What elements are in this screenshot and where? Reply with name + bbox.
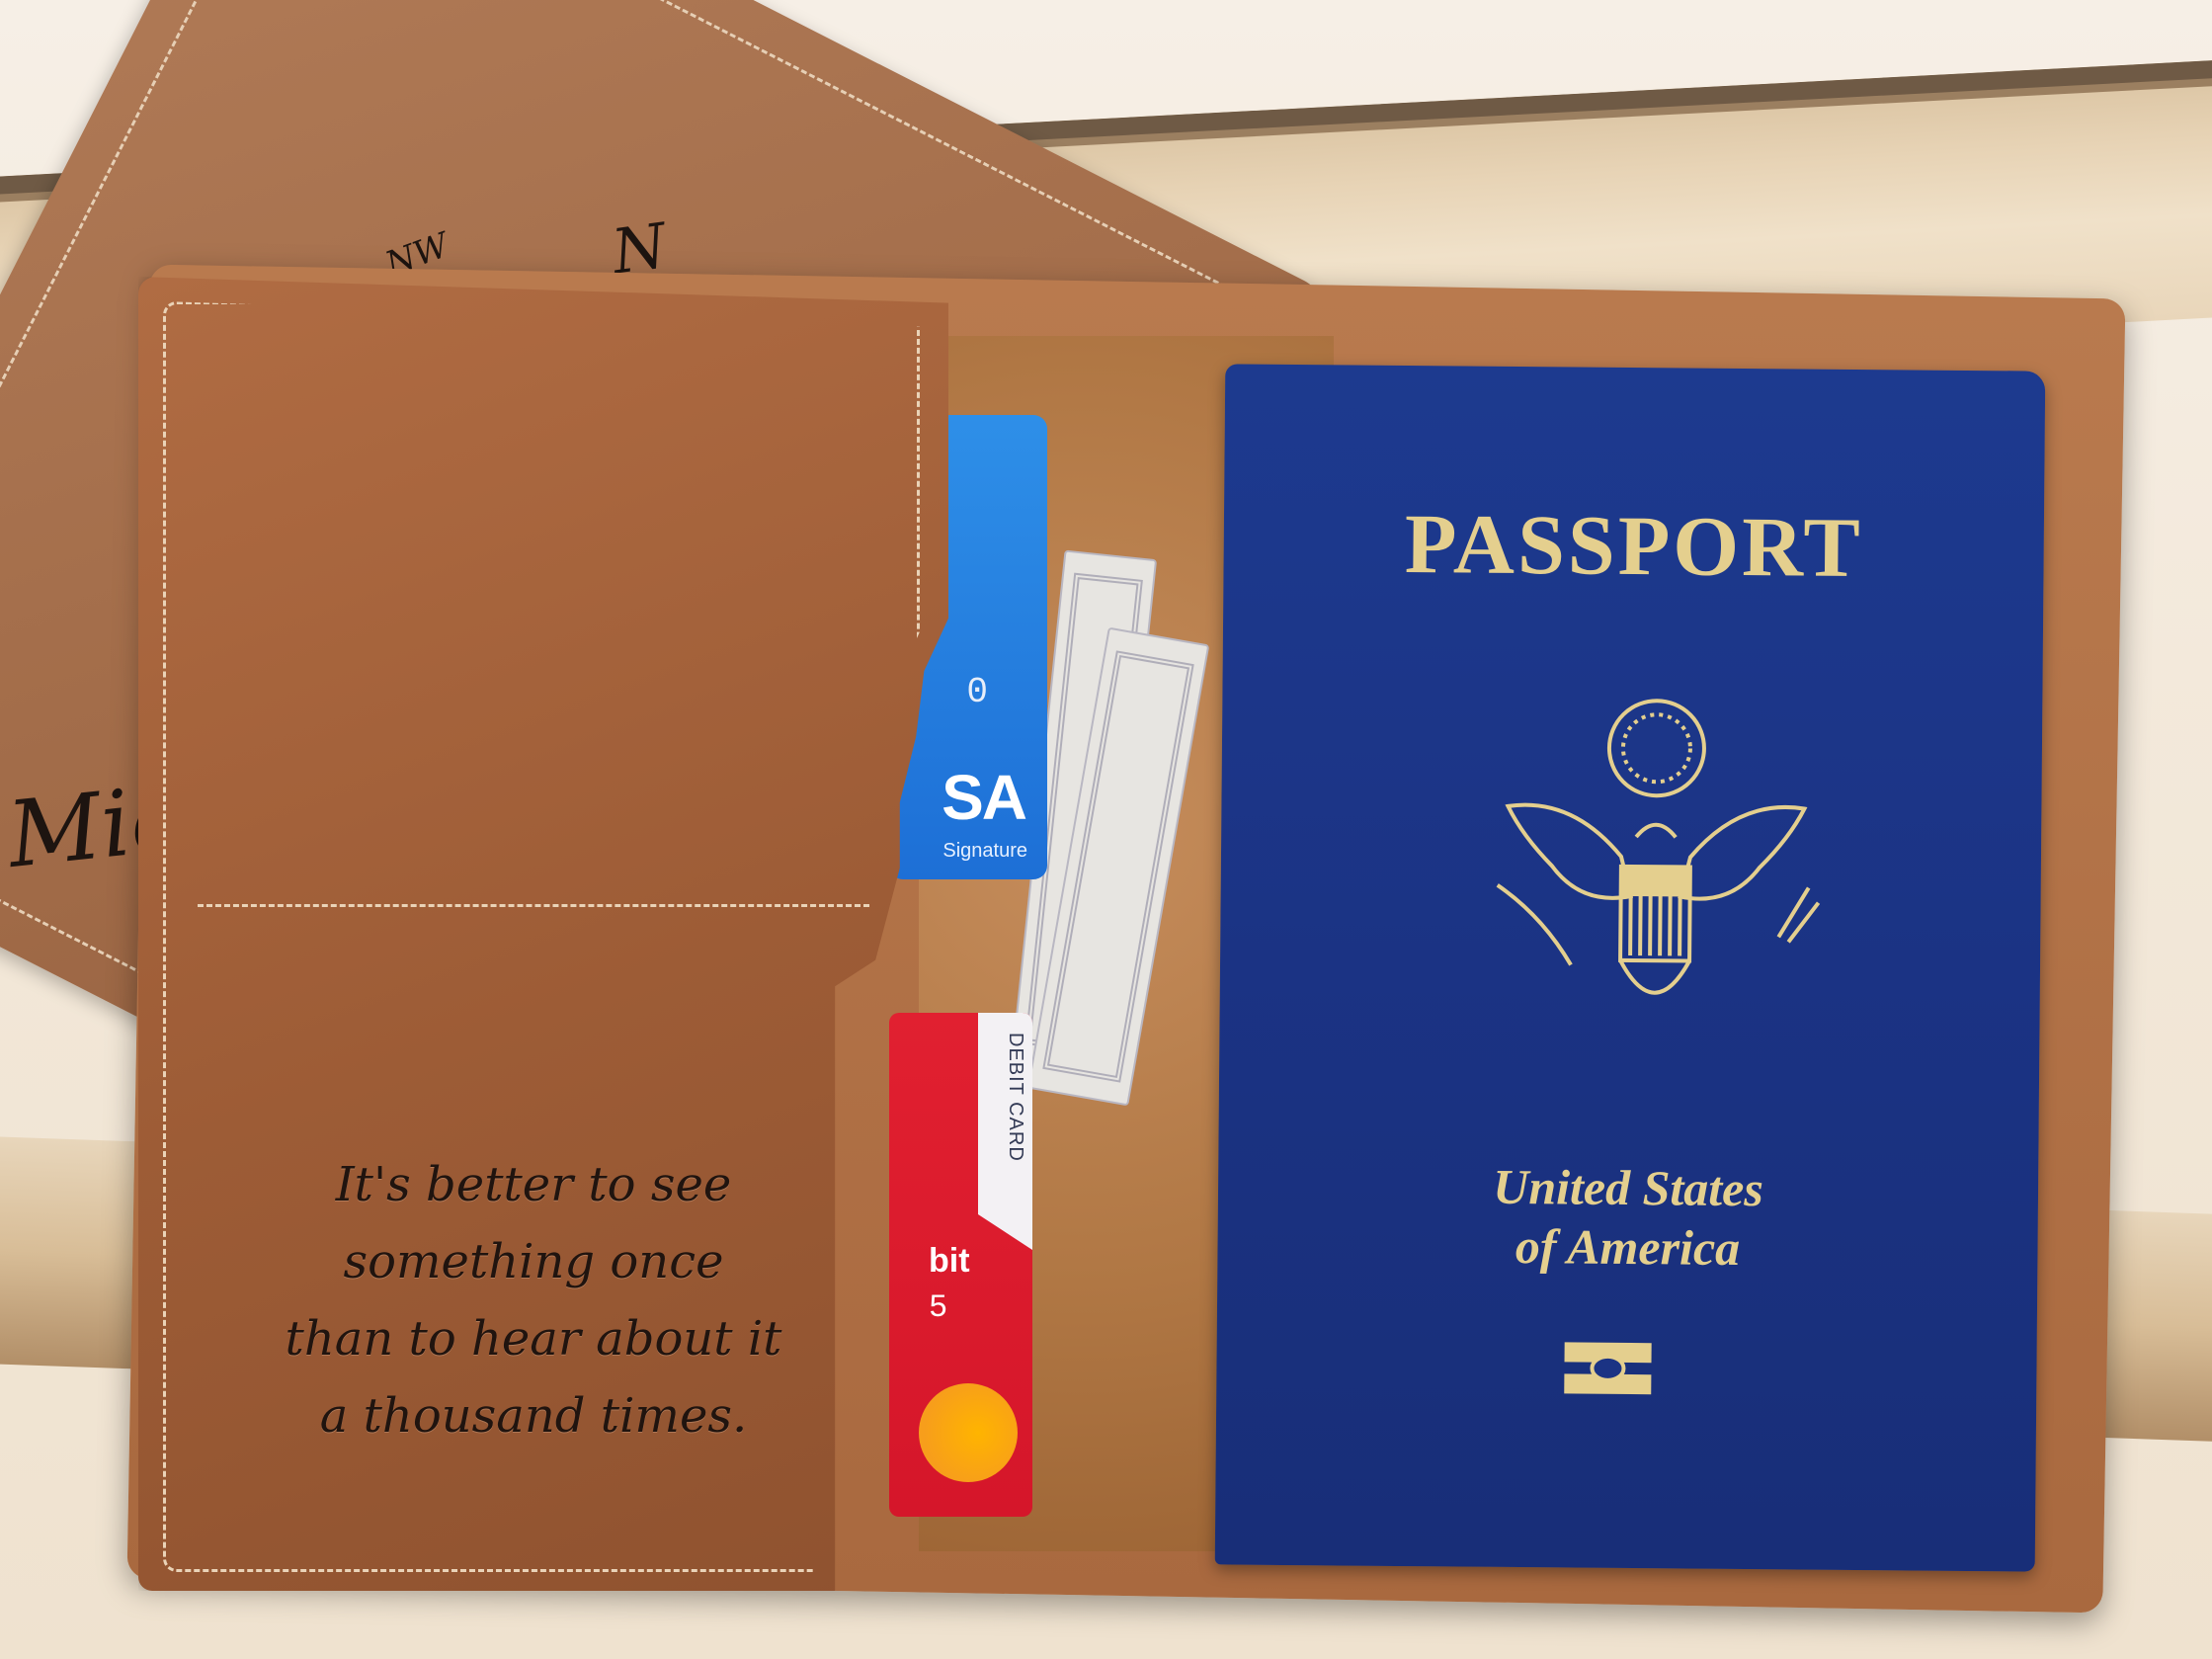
visa-tier: Signature xyxy=(942,840,1027,863)
mastercard-icon xyxy=(919,1383,1018,1482)
card-digit: 5 xyxy=(929,1289,947,1326)
debit-card: DEBIT CARD bit 5 xyxy=(889,1013,1032,1517)
visa-logo: SA xyxy=(942,761,1025,834)
country-line-2: of America xyxy=(1217,1213,2037,1280)
us-passport: PASSPORT United States of America xyxy=(1215,364,2046,1571)
great-seal-eagle-icon xyxy=(1482,688,1831,1027)
pocket-seam-stitching xyxy=(198,904,869,907)
quote-line: than to hear about it xyxy=(242,1300,825,1377)
engraved-quote: It's better to see something once than t… xyxy=(242,1146,825,1454)
debit-card-label: DEBIT CARD xyxy=(1004,1033,1026,1162)
passport-country: United States of America xyxy=(1217,1154,2038,1280)
country-line-1: United States xyxy=(1218,1154,2038,1220)
quote-line: It's better to see xyxy=(242,1146,825,1223)
quote-line: a thousand times. xyxy=(242,1377,825,1454)
passport-title: PASSPORT xyxy=(1223,492,2044,598)
quote-line: something once xyxy=(242,1223,825,1300)
debit-text: bit xyxy=(929,1242,970,1281)
biometric-chip-icon xyxy=(1562,1340,1653,1396)
card-digit: 0 xyxy=(966,672,988,712)
